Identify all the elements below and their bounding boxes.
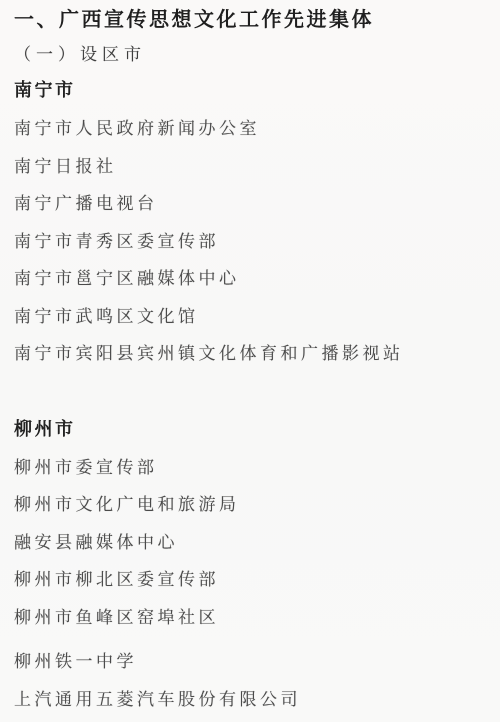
list-item: 南宁市青秀区委宣传部 <box>14 221 492 259</box>
list-item: 南宁市邕宁区融媒体中心 <box>14 258 492 296</box>
section-header-nanning: 南宁市 <box>14 70 492 108</box>
list-item: 南宁市宾阳县宾州镇文化体育和广播影视站 <box>14 333 492 371</box>
minor-divider-space <box>14 634 492 641</box>
document-subtitle: （一）设区市 <box>14 34 492 70</box>
list-item: 上汽通用五菱汽车股份有限公司 <box>14 679 492 717</box>
list-item: 柳州市鱼峰区窑埠社区 <box>14 597 492 635</box>
list-item: 南宁市人民政府新闻办公室 <box>14 108 492 146</box>
list-item: 融安县融媒体中心 <box>14 522 492 560</box>
list-item: 柳州铁一中学 <box>14 641 492 679</box>
list-item: 南宁广播电视台 <box>14 183 492 221</box>
section-divider-space <box>14 371 492 409</box>
list-item: 柳州市柳北区委宣传部 <box>14 559 492 597</box>
section-header-liuzhou: 柳州市 <box>14 409 492 447</box>
list-item: 南宁日报社 <box>14 146 492 184</box>
list-item: 南宁市武鸣区文化馆 <box>14 296 492 334</box>
document-page: 一、广西宣传思想文化工作先进集体 （一）设区市 南宁市 南宁市人民政府新闻办公室… <box>0 0 500 722</box>
list-item: 柳州市委宣传部 <box>14 447 492 485</box>
document-title: 一、广西宣传思想文化工作先进集体 <box>14 0 492 34</box>
list-item: 柳州市文化广电和旅游局 <box>14 484 492 522</box>
